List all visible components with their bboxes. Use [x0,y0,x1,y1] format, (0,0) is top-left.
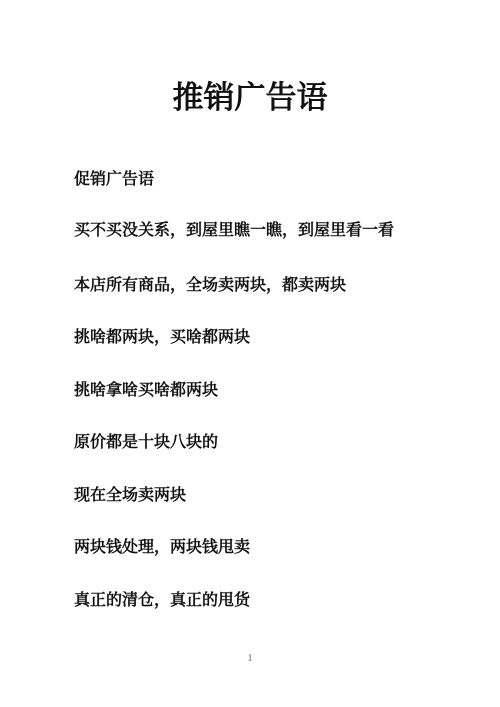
body-line: 真正的清仓，真正的甩货 [74,592,250,610]
body-line: 原价都是十块八块的 [74,434,218,452]
body-line: 现在全场卖两块 [74,487,186,505]
body-line: 挑啥拿啥买啥都两块 [74,382,218,400]
body-line: 挑啥都两块，买啥都两块 [74,329,250,347]
body-line: 买不买没关系，到屋里瞧一瞧，到屋里看一看 [74,222,394,240]
body-line: 促销广告语 [74,171,154,189]
body-line: 本店所有商品，全场卖两块，都卖两块 [74,277,346,295]
document-title: 推销广告语 [0,82,500,113]
body-line: 两块钱处理，两块钱甩卖 [74,539,250,557]
document-page: 推销广告语 促销广告语 买不买没关系，到屋里瞧一瞧，到屋里看一看 本店所有商品，… [0,0,500,707]
page-number: 1 [0,653,500,664]
